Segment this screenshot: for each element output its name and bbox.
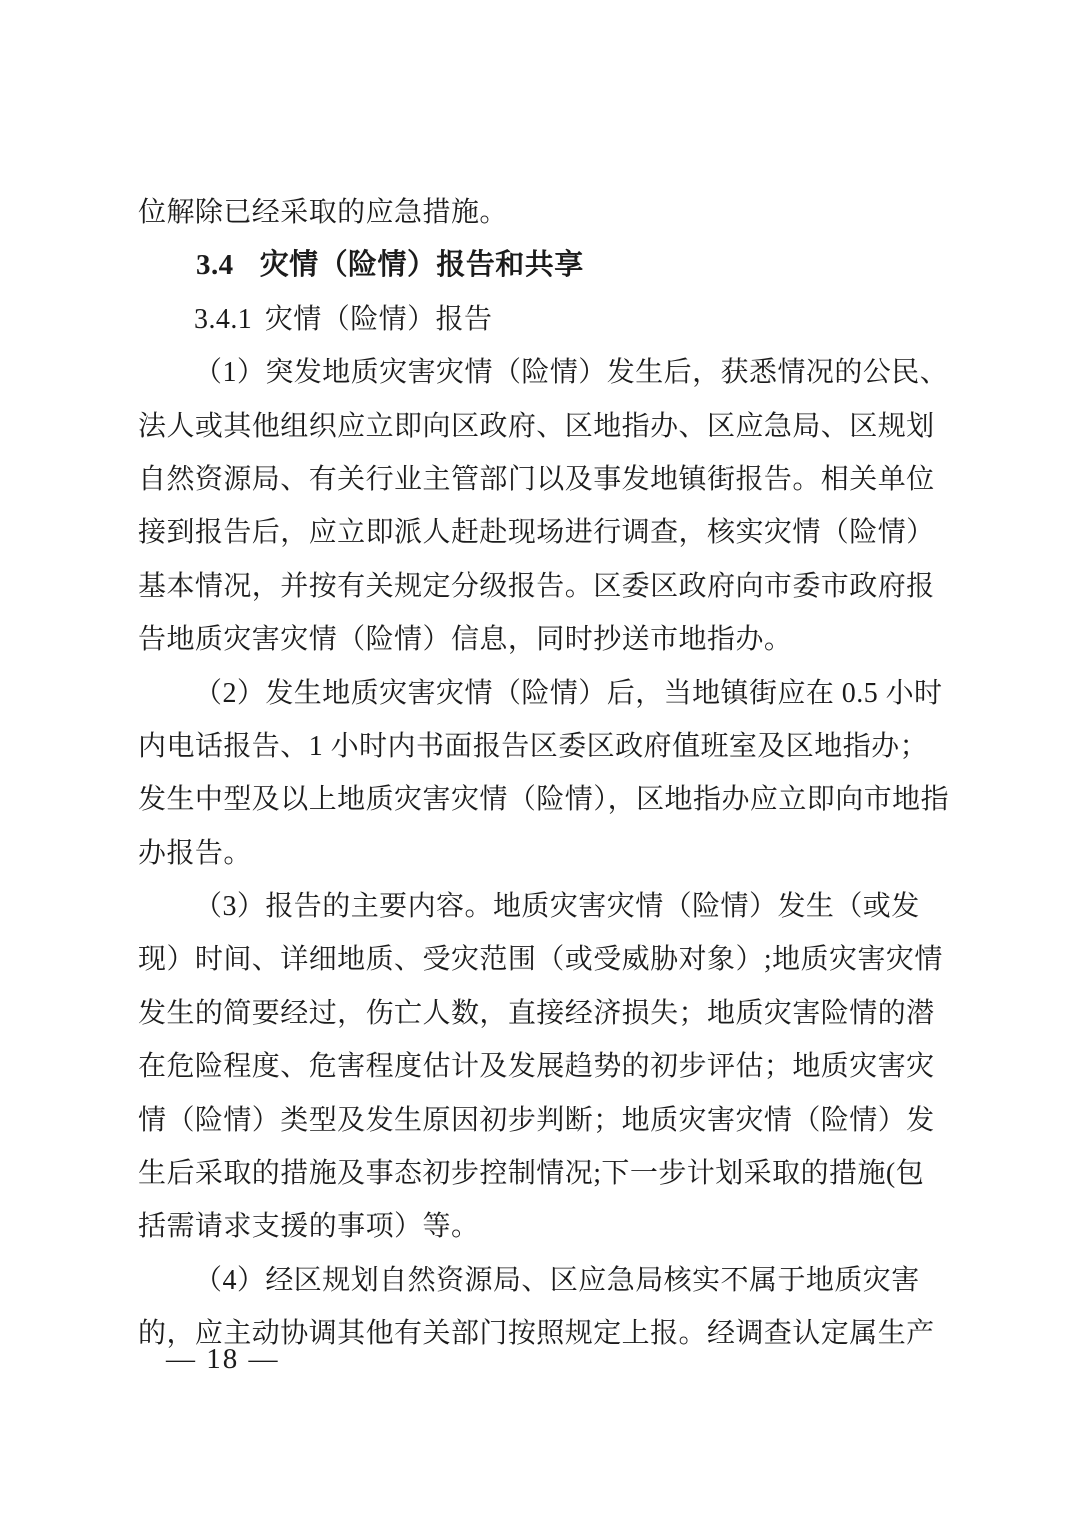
text-line: 现）时间、详细地质、受灾范围（或受威胁对象）;地质灾害灾情 bbox=[138, 933, 938, 986]
paragraph-2: （2）发生地质灾害灾情（险情）后，当地镇街应在 0.5 小时内电话报告、1 小时… bbox=[138, 667, 938, 881]
subsection-heading: 3.4.1灾情（险情）报告 bbox=[138, 293, 938, 346]
text-line: 生后采取的措施及事态初步控制情况;下一步计划采取的措施(包 bbox=[138, 1147, 938, 1200]
text-line: 基本情况，并按有关规定分级报告。区委区政府向市委市政府报 bbox=[138, 560, 938, 613]
text-line: 接到报告后，应立即派人赶赴现场进行调查，核实灾情（险情） bbox=[138, 506, 938, 559]
text-line: 括需请求支援的事项）等。 bbox=[138, 1200, 938, 1253]
text-line: 内电话报告、1 小时内书面报告区委区政府值班室及区地指办； bbox=[138, 720, 938, 773]
text-line: 告地质灾害灾情（险情）信息，同时抄送市地指办。 bbox=[138, 613, 938, 666]
text-line: 办报告。 bbox=[138, 827, 938, 880]
text-line: （1）突发地质灾害灾情（险情）发生后，获悉情况的公民、 bbox=[138, 346, 938, 399]
document-body: 位解除已经采取的应急措施。 3.4灾情（险情）报告和共享 3.4.1灾情（险情）… bbox=[138, 186, 938, 1361]
text-line: 发生中型及以上地质灾害灾情（险情），区地指办应立即向市地指 bbox=[138, 773, 938, 826]
section-heading: 3.4灾情（险情）报告和共享 bbox=[138, 239, 938, 292]
document-page: 位解除已经采取的应急措施。 3.4灾情（险情）报告和共享 3.4.1灾情（险情）… bbox=[0, 0, 1074, 1520]
text-line: （4）经区规划自然资源局、区应急局核实不属于地质灾害 bbox=[138, 1254, 938, 1307]
subsection-heading-title: 灾情（险情）报告 bbox=[265, 304, 493, 335]
text-line: （2）发生地质灾害灾情（险情）后，当地镇街应在 0.5 小时 bbox=[138, 667, 938, 720]
paragraph-3: （3）报告的主要内容。地质灾害灾情（险情）发生（或发现）时间、详细地质、受灾范围… bbox=[138, 880, 938, 1254]
text-line: 在危险程度、危害程度估计及发展趋势的初步评估；地质灾害灾 bbox=[138, 1040, 938, 1093]
text-line: 位解除已经采取的应急措施。 bbox=[138, 186, 938, 239]
subsection-heading-number: 3.4.1 bbox=[194, 304, 252, 335]
section-heading-title: 灾情（险情）报告和共享 bbox=[260, 249, 584, 281]
text-line: 情（险情）类型及发生原因初步判断；地质灾害灾情（险情）发 bbox=[138, 1094, 938, 1147]
text-line: 发生的简要经过，伤亡人数，直接经济损失；地质灾害险情的潜 bbox=[138, 987, 938, 1040]
text-line: 法人或其他组织应立即向区政府、区地指办、区应急局、区规划 bbox=[138, 400, 938, 453]
text-line: （3）报告的主要内容。地质灾害灾情（险情）发生（或发 bbox=[138, 880, 938, 933]
leading-paragraph: 位解除已经采取的应急措施。 bbox=[138, 186, 938, 239]
paragraph-1: （1）突发地质灾害灾情（险情）发生后，获悉情况的公民、法人或其他组织应立即向区政… bbox=[138, 346, 938, 666]
section-heading-number: 3.4 bbox=[196, 249, 234, 281]
page-number: — 18 — bbox=[166, 1342, 280, 1376]
text-line: 自然资源局、有关行业主管部门以及事发地镇街报告。相关单位 bbox=[138, 453, 938, 506]
